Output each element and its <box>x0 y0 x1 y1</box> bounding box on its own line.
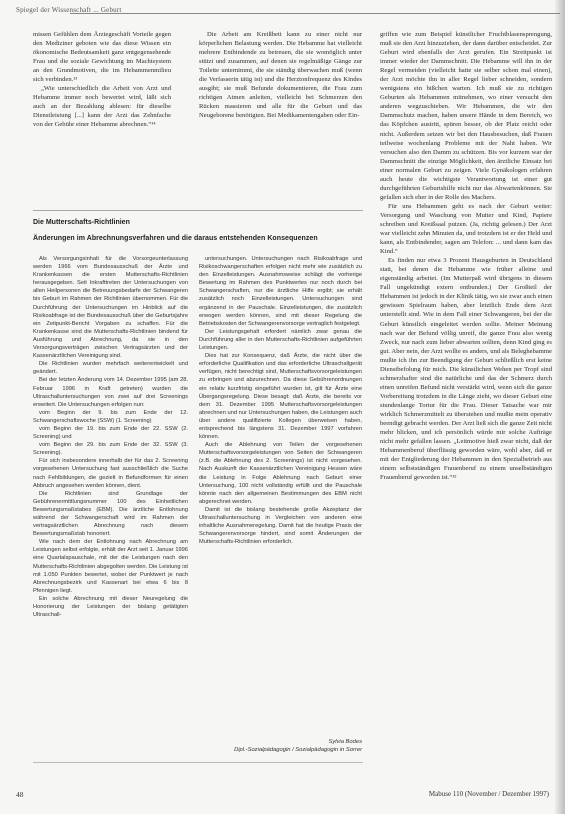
infobox-column-1: Als Versorgungsinhalt für die Vorsorgeun… <box>33 255 188 619</box>
infobox-subtitle: Änderungen im Abrechnungsverfahren und d… <box>33 235 318 242</box>
paragraph: Der Leistungsgehalt erfordert nämlich zw… <box>199 328 362 352</box>
paragraph: Dies hat zur Konsequenz, daß Ärzte, die … <box>199 352 362 441</box>
infobox-top-rule <box>33 210 363 211</box>
infobox-signature: Sylvia Bodes Dipl.-Sozialpädagogin / Soz… <box>199 738 362 754</box>
paragraph: griffen wie zum Beispiel künstlicher Fru… <box>380 30 552 202</box>
list-item: vom Beginn der 9. bis zum Ende der 12. S… <box>33 409 188 425</box>
paragraph: missen Gefühlen dem Ärztegeschäft Vortei… <box>33 30 171 84</box>
list-item: vom Beginn der 29. bis zum Ende der 32. … <box>33 441 188 457</box>
paragraph: Als Versorgungsinhalt für die Vorsorgeun… <box>33 255 188 360</box>
paragraph: „Wie unterschiedlich die Arbeit von Arzt… <box>33 84 171 129</box>
page-number: 48 <box>16 790 24 799</box>
paragraph: Bei der letzten Änderung vom 14. Dezembe… <box>33 376 188 408</box>
paragraph: Für uns Hebammen geht es nach der Geburt… <box>380 202 552 256</box>
article-column-1: missen Gefühlen dem Ärztegeschäft Vortei… <box>33 30 171 130</box>
infobox-bottom-rule <box>33 762 363 763</box>
paragraph: Damit ist die bislang bestehende große A… <box>199 506 362 546</box>
header-rule <box>70 13 560 14</box>
infobox-column-2: untersuchungen. Untersuchungen nach Risi… <box>199 255 362 546</box>
paragraph: Die Arbeit am Kreißbett kann zu einer ni… <box>199 30 362 120</box>
magazine-page: Spiegel der Wissenschaft ... Geburt miss… <box>0 0 565 814</box>
paragraph: Die Richtlinien wurden mehrfach weiteren… <box>33 360 188 376</box>
paragraph: untersuchungen. Untersuchungen nach Risi… <box>199 255 362 328</box>
article-column-3: griffen wie zum Beispiel künstlicher Fru… <box>380 30 552 482</box>
infobox-title: Die Mutterschafts-Richtlinien <box>33 219 130 226</box>
paragraph: Die Richtlinien sind Grundlage der Gebüh… <box>33 490 188 539</box>
paragraph: Ein solche Abrechnung mit dieser Neurege… <box>33 595 188 619</box>
article-column-2: Die Arbeit am Kreißbett kann zu einer ni… <box>199 30 362 120</box>
paragraph: Auch die Ablehnung von Teilen der vorges… <box>199 441 362 506</box>
page-edge-shadow <box>555 0 565 814</box>
list-item: vom Beginn der 19. bis zum Ende der 22. … <box>33 425 188 441</box>
paragraph: Für sich insbesondere innerhalb der für … <box>33 457 188 489</box>
paragraph: Wie nach dem der Entlohnung nach Abrechn… <box>33 538 188 595</box>
signature-name: Sylvia Bodes <box>199 738 362 746</box>
signature-role: Dipl.-Sozialpädagogin / Sozialpädagogin … <box>199 746 362 754</box>
paragraph: Es finden nur etwa 3 Prozent Hausgeburte… <box>380 256 552 482</box>
journal-citation: Mabuse 110 (November / Dezember 1997) <box>429 790 549 798</box>
